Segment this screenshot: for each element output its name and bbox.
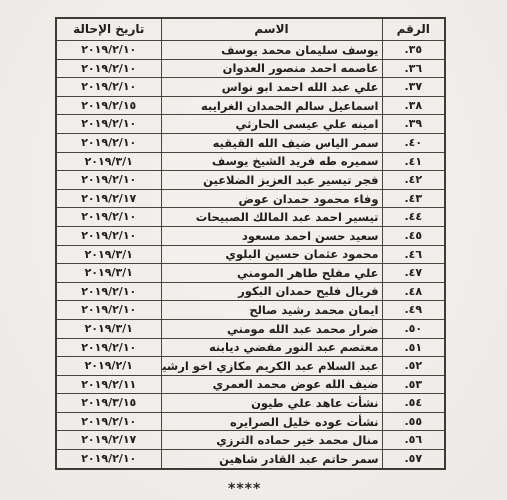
row-number-cell: ٥١. [382, 338, 445, 357]
row-number-cell: ٤٧. [382, 264, 445, 283]
row-date-cell: ٢٠١٩/٢/١٠ [56, 133, 161, 152]
table-row: ٣٩. امينه علي عيسى الحارثي ٢٠١٩/٢/١٠ [56, 115, 445, 134]
row-number-cell: ٥٧. [382, 450, 445, 469]
referral-table: الرقم الاسم تاريخ الإحالة ٣٥. يوسف سليما… [55, 17, 446, 470]
row-date-cell: ٢٠١٩/٣/١ [56, 319, 161, 338]
row-number-cell: ٤٠. [382, 133, 445, 152]
table-row: ٤١. سميره طه فريد الشيخ يوسف ٢٠١٩/٣/١ [56, 152, 445, 171]
row-name-cell: فجر تيسير عبد العزيز الضلاعين [161, 171, 382, 190]
row-date-cell: ٢٠١٩/٢/١٠ [56, 59, 161, 78]
row-name-cell: معتصم عبد النور مفضي ديابنه [161, 338, 382, 357]
row-number-cell: ٣٥. [382, 41, 445, 60]
row-number-cell: ٥٣. [382, 375, 445, 394]
table-row: ٣٥. يوسف سليمان محمد يوسف ٢٠١٩/٢/١٠ [56, 41, 445, 60]
table-row: ٤٥. سعيد حسن احمد مسعود ٢٠١٩/٢/١٠ [56, 226, 445, 245]
row-date-cell: ٢٠١٩/٣/١٥ [56, 394, 161, 413]
table-row: ٤٩. ايمان محمد رشيد صالح ٢٠١٩/٢/١٠ [56, 301, 445, 320]
row-date-cell: ٢٠١٩/٣/١ [56, 245, 161, 264]
row-name-cell: عاصمه احمد منصور العدوان [161, 59, 382, 78]
row-number-cell: ٥٦. [382, 431, 445, 450]
scanned-document-page: الرقم الاسم تاريخ الإحالة ٣٥. يوسف سليما… [0, 0, 507, 500]
row-date-cell: ٢٠١٩/٢/١٠ [56, 115, 161, 134]
row-date-cell: ٢٠١٩/٢/١٧ [56, 189, 161, 208]
row-date-cell: ٢٠١٩/٢/١١ [56, 375, 161, 394]
table-row: ٥٥. نشأت عوده خليل الصرايره ٢٠١٩/٢/١٠ [56, 412, 445, 431]
row-date-cell: ٢٠١٩/٢/١٠ [56, 41, 161, 60]
row-number-cell: ٣٧. [382, 78, 445, 97]
row-number-cell: ٤٤. [382, 208, 445, 227]
row-number-cell: ٤٢. [382, 171, 445, 190]
table-row: ٤٤. تيسير احمد عبد المالك الصبيحات ٢٠١٩/… [56, 208, 445, 227]
row-date-cell: ٢٠١٩/٢/١٠ [56, 78, 161, 97]
table-row: ٥٤. نشأت عاهد علي طيون ٢٠١٩/٣/١٥ [56, 394, 445, 413]
table-row: ٥٢. عبد السلام عبد الكريم مكازي اخو ارشي… [56, 357, 445, 376]
row-number-cell: ٤١. [382, 152, 445, 171]
table-row: ٤٦. محمود عثمان حسين البلوي ٢٠١٩/٣/١ [56, 245, 445, 264]
row-name-cell: سعيد حسن احمد مسعود [161, 226, 382, 245]
row-name-cell: سميره طه فريد الشيخ يوسف [161, 152, 382, 171]
row-number-cell: ٣٨. [382, 96, 445, 115]
row-date-cell: ٢٠١٩/٢/١٠ [56, 226, 161, 245]
row-number-cell: ٤٦. [382, 245, 445, 264]
row-date-cell: ٢٠١٩/٢/١٠ [56, 338, 161, 357]
row-name-cell: تيسير احمد عبد المالك الصبيحات [161, 208, 382, 227]
row-number-cell: ٤٥. [382, 226, 445, 245]
table-row: ٣٨. اسماعيل سالم الحمدان الغرايبه ٢٠١٩/٢… [56, 96, 445, 115]
column-header-referral-date: تاريخ الإحالة [56, 18, 161, 41]
row-name-cell: سمر حاتم عبد القادر شاهين [161, 450, 382, 469]
row-date-cell: ٢٠١٩/٢/١٠ [56, 282, 161, 301]
row-name-cell: يوسف سليمان محمد يوسف [161, 41, 382, 60]
row-name-cell: وفاء محمود حمدان عوض [161, 189, 382, 208]
column-header-number: الرقم [382, 18, 445, 41]
row-name-cell: نشأت عاهد علي طيون [161, 394, 382, 413]
table-row: ٤٧. علي مفلح طاهر المومني ٢٠١٩/٣/١ [56, 264, 445, 283]
table-row: ٣٧. علي عبد الله احمد ابو نواس ٢٠١٩/٢/١٠ [56, 78, 445, 97]
table-row: ٣٦. عاصمه احمد منصور العدوان ٢٠١٩/٢/١٠ [56, 59, 445, 78]
row-name-cell: فريال فليح حمدان البكور [161, 282, 382, 301]
row-name-cell: محمود عثمان حسين البلوي [161, 245, 382, 264]
table-row: ٤٨. فريال فليح حمدان البكور ٢٠١٩/٢/١٠ [56, 282, 445, 301]
table-header-row: الرقم الاسم تاريخ الإحالة [56, 18, 445, 41]
row-number-cell: ٤٨. [382, 282, 445, 301]
row-name-cell: اسماعيل سالم الحمدان الغرايبه [161, 96, 382, 115]
table-row: ٥٧. سمر حاتم عبد القادر شاهين ٢٠١٩/٢/١٠ [56, 450, 445, 469]
table-row: ٤٣. وفاء محمود حمدان عوض ٢٠١٩/٢/١٧ [56, 189, 445, 208]
row-name-cell: عبد السلام عبد الكريم مكازي اخو ارشيده [161, 357, 382, 376]
row-name-cell: ايمان محمد رشيد صالح [161, 301, 382, 320]
row-date-cell: ٢٠١٩/٢/١٠ [56, 171, 161, 190]
row-number-cell: ٥٥. [382, 412, 445, 431]
row-name-cell: علي عبد الله احمد ابو نواس [161, 78, 382, 97]
table-row: ٤٠. سمر الياس ضيف الله القيقيه ٢٠١٩/٢/١٠ [56, 133, 445, 152]
row-name-cell: علي مفلح طاهر المومني [161, 264, 382, 283]
table-row: ٥١. معتصم عبد النور مفضي ديابنه ٢٠١٩/٢/١… [56, 338, 445, 357]
row-name-cell: سمر الياس ضيف الله القيقيه [161, 133, 382, 152]
row-name-cell: نشأت عوده خليل الصرايره [161, 412, 382, 431]
row-number-cell: ٥٠. [382, 319, 445, 338]
row-number-cell: ٥٢. [382, 357, 445, 376]
row-number-cell: ٤٣. [382, 189, 445, 208]
row-name-cell: امينه علي عيسى الحارثي [161, 115, 382, 134]
row-date-cell: ٢٠١٩/٢/١٠ [56, 450, 161, 469]
row-date-cell: ٢٠١٩/٢/١ [56, 357, 161, 376]
row-number-cell: ٣٩. [382, 115, 445, 134]
table-body: ٣٥. يوسف سليمان محمد يوسف ٢٠١٩/٢/١٠ ٣٦. … [56, 41, 445, 469]
row-date-cell: ٢٠١٩/٢/١٥ [56, 96, 161, 115]
table-row: ٥٣. ضيف الله عوض محمد العمري ٢٠١٩/٢/١١ [56, 375, 445, 394]
row-date-cell: ٢٠١٩/٣/١ [56, 152, 161, 171]
row-date-cell: ٢٠١٩/٢/١٠ [56, 412, 161, 431]
table-row: ٤٢. فجر تيسير عبد العزيز الضلاعين ٢٠١٩/٢… [56, 171, 445, 190]
table-row: ٥٦. منال محمد خير حماده الترزي ٢٠١٩/٢/١٧ [56, 431, 445, 450]
row-date-cell: ٢٠١٩/٢/١٧ [56, 431, 161, 450]
row-name-cell: منال محمد خير حماده الترزي [161, 431, 382, 450]
row-name-cell: ضرار محمد عبد الله مومني [161, 319, 382, 338]
row-number-cell: ٤٩. [382, 301, 445, 320]
row-date-cell: ٢٠١٩/٢/١٠ [56, 301, 161, 320]
row-date-cell: ٢٠١٩/٢/١٠ [56, 208, 161, 227]
row-name-cell: ضيف الله عوض محمد العمري [161, 375, 382, 394]
row-number-cell: ٥٤. [382, 394, 445, 413]
footer-asterisks: **** [228, 481, 261, 497]
table-row: ٥٠. ضرار محمد عبد الله مومني ٢٠١٩/٣/١ [56, 319, 445, 338]
row-date-cell: ٢٠١٩/٣/١ [56, 264, 161, 283]
column-header-name: الاسم [161, 18, 382, 41]
row-number-cell: ٣٦. [382, 59, 445, 78]
